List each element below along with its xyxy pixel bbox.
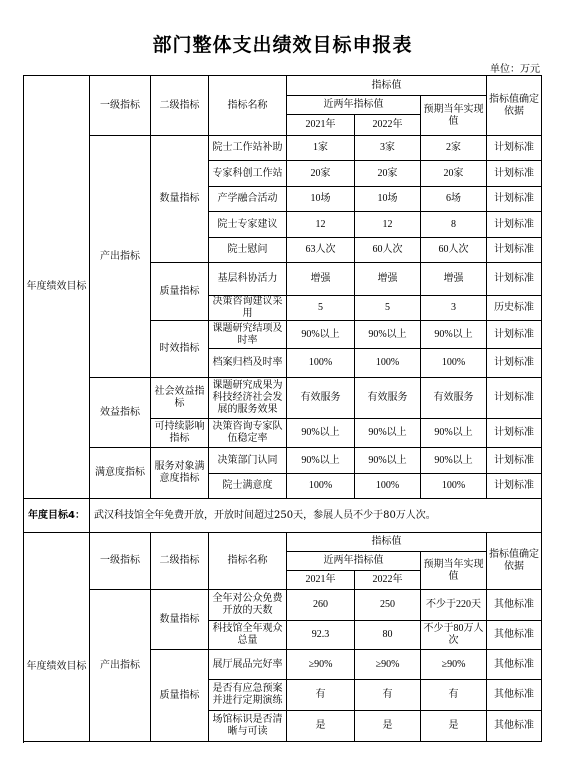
indicator-name: 院士工作站补助: [209, 136, 287, 161]
value-basis: 其他标准: [487, 590, 542, 621]
value-basis: 计划标准: [487, 238, 542, 263]
value-2021: 20家: [287, 161, 355, 187]
value-2022: 20家: [355, 161, 421, 187]
value-2022: 3家: [355, 136, 421, 161]
unit-label: 单位：万元: [490, 60, 540, 75]
value-expected: 6场: [421, 187, 487, 212]
level1-cell: 产出指标: [90, 136, 151, 378]
indicator-name: 决策部门认同: [209, 448, 287, 474]
value-expected: 90%以上: [421, 321, 487, 349]
col-level1: 一级指标: [90, 533, 151, 590]
col-recent-years: 近两年指标值: [287, 96, 421, 115]
value-basis: 计划标准: [487, 212, 542, 238]
value-basis: 计划标准: [487, 378, 542, 419]
col-name: 指标名称: [209, 533, 287, 590]
value-basis: 其他标准: [487, 621, 542, 650]
level1-cell: 满意度指标: [90, 448, 151, 499]
level2-cell: 质量指标: [151, 263, 209, 321]
col-2022: 2022年: [355, 571, 421, 590]
value-2022: 5: [355, 296, 421, 321]
value-2022: 90%以上: [355, 448, 421, 474]
value-2021: 是: [287, 711, 355, 742]
value-2021: ≥90%: [287, 650, 355, 680]
value-2021: 5: [287, 296, 355, 321]
value-2021: 有效服务: [287, 378, 355, 419]
value-expected: 3: [421, 296, 487, 321]
value-2022: 12: [355, 212, 421, 238]
value-2021: 1家: [287, 136, 355, 161]
value-2022: 100%: [355, 474, 421, 499]
level2-cell: 数量指标: [151, 136, 209, 263]
value-2022: 是: [355, 711, 421, 742]
value-basis: 计划标准: [487, 263, 542, 296]
value-expected: 60人次: [421, 238, 487, 263]
value-basis: 计划标准: [487, 161, 542, 187]
value-2021: 260: [287, 590, 355, 621]
value-2022: 60人次: [355, 238, 421, 263]
section-label: 年度绩效目标: [24, 76, 90, 499]
indicator-name: 院士满意度: [209, 474, 287, 499]
level2-cell: 质量指标: [151, 650, 209, 742]
col-2021: 2021年: [287, 571, 355, 590]
value-expected: 100%: [421, 349, 487, 378]
value-2022: 90%以上: [355, 321, 421, 349]
indicator-name: 科技馆全年观众总量: [209, 621, 287, 650]
value-basis: 计划标准: [487, 448, 542, 474]
col-2021: 2021年: [287, 115, 355, 136]
indicator-name: 展厅展品完好率: [209, 650, 287, 680]
value-2022: 250: [355, 590, 421, 621]
value-2022: 有效服务: [355, 378, 421, 419]
value-2021: 100%: [287, 349, 355, 378]
table-row: 效益指标 社会效益指标 课题研究成果为科技经济社会发展的服务效果 有效服务 有效…: [24, 378, 542, 419]
table-row: 满意度指标 服务对象满意度指标 决策部门认同 90%以上 90%以上 90%以上…: [24, 448, 542, 474]
value-expected: 100%: [421, 474, 487, 499]
col-basis: 指标值确定依据: [487, 533, 542, 590]
value-expected: 有效服务: [421, 378, 487, 419]
indicator-name: 课题研究成果为科技经济社会发展的服务效果: [209, 378, 287, 419]
indicator-name: 课题研究结项及时率: [209, 321, 287, 349]
col-value-group: 指标值: [287, 533, 487, 552]
value-expected: 不少于220天: [421, 590, 487, 621]
col-basis: 指标值确定依据: [487, 76, 542, 136]
value-2021: 63人次: [287, 238, 355, 263]
value-2022: 100%: [355, 349, 421, 378]
value-2021: 10场: [287, 187, 355, 212]
col-expected: 预期当年实现值: [421, 552, 487, 590]
value-basis: 计划标准: [487, 136, 542, 161]
indicator-name: 决策咨询建议采用: [209, 296, 287, 321]
value-2021: 100%: [287, 474, 355, 499]
col-expected: 预期当年实现值: [421, 96, 487, 136]
value-basis: 计划标准: [487, 187, 542, 212]
value-2021: 90%以上: [287, 419, 355, 448]
performance-table-1: 年度绩效目标 一级指标 二级指标 指标名称 指标值 指标值确定依据 近两年指标值…: [23, 75, 542, 533]
value-expected: 2家: [421, 136, 487, 161]
header-row: 年度绩效目标 一级指标 二级指标 指标名称 指标值 指标值确定依据: [24, 76, 542, 96]
value-basis: 其他标准: [487, 711, 542, 742]
value-2021: 12: [287, 212, 355, 238]
value-2022: 增强: [355, 263, 421, 296]
value-2021: 90%以上: [287, 448, 355, 474]
value-2021: 90%以上: [287, 321, 355, 349]
value-2021: 增强: [287, 263, 355, 296]
table-row: 产出指标 数量指标 全年对公众免费开放的天数 260 250 不少于220天 其…: [24, 590, 542, 621]
col-name: 指标名称: [209, 76, 287, 136]
value-basis: 计划标准: [487, 321, 542, 349]
value-2022: 有: [355, 680, 421, 711]
value-expected: 是: [421, 711, 487, 742]
level2-cell: 服务对象满意度指标: [151, 448, 209, 499]
col-level1: 一级指标: [90, 76, 151, 136]
value-basis: 历史标准: [487, 296, 542, 321]
table-row: 产出指标 数量指标 院士工作站补助 1家 3家 2家 计划标准: [24, 136, 542, 161]
value-expected: 增强: [421, 263, 487, 296]
level2-cell: 数量指标: [151, 590, 209, 650]
value-expected: 90%以上: [421, 419, 487, 448]
value-2022: 80: [355, 621, 421, 650]
value-basis: 计划标准: [487, 419, 542, 448]
goal-row: 年度目标4： 武汉科技馆全年免费开放，开放时间超过250天，参展人员不少于80万…: [24, 499, 542, 533]
col-level2: 二级指标: [151, 533, 209, 590]
indicator-name: 档案归档及时率: [209, 349, 287, 378]
indicator-name: 决策咨询专家队伍稳定率: [209, 419, 287, 448]
indicator-name: 是否有应急预案并进行定期演练: [209, 680, 287, 711]
value-expected: 不少于80万人次: [421, 621, 487, 650]
value-basis: 计划标准: [487, 474, 542, 499]
indicator-name: 院士慰问: [209, 238, 287, 263]
value-basis: 计划标准: [487, 349, 542, 378]
indicator-name: 场馆标识是否清晰与可读: [209, 711, 287, 742]
value-2022: 10场: [355, 187, 421, 212]
value-expected: 20家: [421, 161, 487, 187]
indicator-name: 全年对公众免费开放的天数: [209, 590, 287, 621]
col-recent-years: 近两年指标值: [287, 552, 421, 571]
value-expected: 90%以上: [421, 448, 487, 474]
section-label: 年度绩效目标: [24, 533, 90, 742]
value-2021: 有: [287, 680, 355, 711]
value-expected: 8: [421, 212, 487, 238]
value-2022: 90%以上: [355, 419, 421, 448]
col-value-group: 指标值: [287, 76, 487, 96]
indicator-name: 专家科创工作站: [209, 161, 287, 187]
level2-cell: 可持续影响指标: [151, 419, 209, 448]
indicator-name: 基层科协活力: [209, 263, 287, 296]
level2-cell: 社会效益指标: [151, 378, 209, 419]
level1-cell: 产出指标: [90, 590, 151, 742]
col-level2: 二级指标: [151, 76, 209, 136]
value-basis: 其他标准: [487, 680, 542, 711]
goal-text: 武汉科技馆全年免费开放，开放时间超过250天，参展人员不少于80万人次。: [90, 499, 542, 533]
page-title: 部门整体支出绩效目标申报表: [0, 30, 565, 57]
value-2022: ≥90%: [355, 650, 421, 680]
header-row: 年度绩效目标 一级指标 二级指标 指标名称 指标值 指标值确定依据: [24, 533, 542, 552]
value-expected: 有: [421, 680, 487, 711]
col-2022: 2022年: [355, 115, 421, 136]
performance-table-2: 年度绩效目标 一级指标 二级指标 指标名称 指标值 指标值确定依据 近两年指标值…: [23, 532, 542, 742]
value-2021: 92.3: [287, 621, 355, 650]
goal-label: 年度目标4：: [24, 499, 90, 533]
indicator-name: 产学融合活动: [209, 187, 287, 212]
value-expected: ≥90%: [421, 650, 487, 680]
level1-cell: 效益指标: [90, 378, 151, 448]
indicator-name: 院士专家建议: [209, 212, 287, 238]
value-basis: 其他标准: [487, 650, 542, 680]
level2-cell: 时效指标: [151, 321, 209, 378]
